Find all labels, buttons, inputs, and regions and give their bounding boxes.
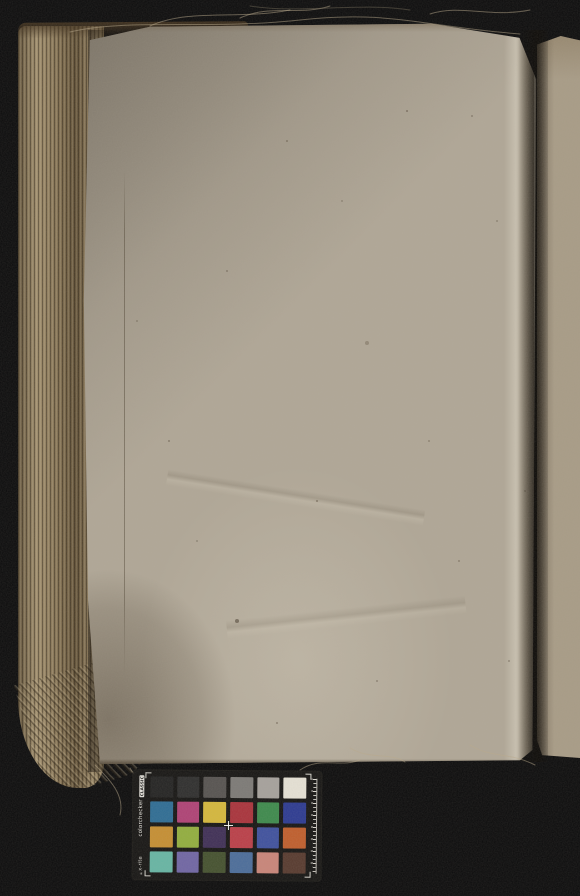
- color-patch: [177, 802, 200, 823]
- color-patch: [177, 777, 200, 798]
- color-patch: [284, 777, 307, 798]
- color-patch: [283, 827, 306, 848]
- color-checker-label-strip: ✳ x-rite colorchecker CLASSIC: [135, 773, 148, 876]
- color-checker-chart: ✳ x-rite colorchecker CLASSIC: [133, 770, 322, 881]
- color-patch: [230, 852, 253, 873]
- page-bottom-edge: [82, 759, 532, 764]
- xrite-brand-label: ✳ x-rite: [138, 856, 144, 875]
- color-patch: [256, 827, 279, 848]
- ruler-major-ticks: [311, 779, 317, 874]
- color-patch: [150, 826, 173, 847]
- color-patch: [176, 852, 199, 873]
- xrite-logo-icon: ✳: [138, 871, 143, 875]
- corner-bracket-icon: [145, 870, 151, 876]
- product-name-text: colorchecker: [138, 799, 144, 836]
- color-patch: [150, 801, 173, 822]
- corner-bracket-icon: [145, 772, 151, 778]
- color-patch: [257, 777, 280, 798]
- color-patch: [203, 802, 226, 823]
- color-patch: [203, 852, 226, 873]
- page-crease-line: [124, 170, 125, 675]
- colorchecker-product-label: colorchecker CLASSIC: [138, 775, 145, 836]
- color-patch: [283, 802, 306, 823]
- color-patch: [203, 827, 226, 848]
- color-patch: [256, 852, 279, 873]
- color-patch: [283, 852, 306, 873]
- blank-book-page: [76, 20, 538, 764]
- corner-bracket-icon: [305, 774, 311, 780]
- color-patch: [150, 851, 173, 872]
- color-patch: [257, 802, 280, 823]
- corner-bracket-icon: [305, 872, 311, 878]
- book-photograph: ✳ x-rite colorchecker CLASSIC: [0, 0, 580, 896]
- brand-text: x-rite: [138, 856, 144, 871]
- classic-edition-badge: CLASSIC: [139, 775, 144, 797]
- color-patch: [230, 827, 253, 848]
- color-patch: [204, 777, 227, 798]
- color-patch: [230, 777, 253, 798]
- color-patch: [176, 827, 199, 848]
- gutter-shadow: [518, 30, 548, 762]
- color-patch: [150, 776, 173, 797]
- color-patch: [230, 802, 253, 823]
